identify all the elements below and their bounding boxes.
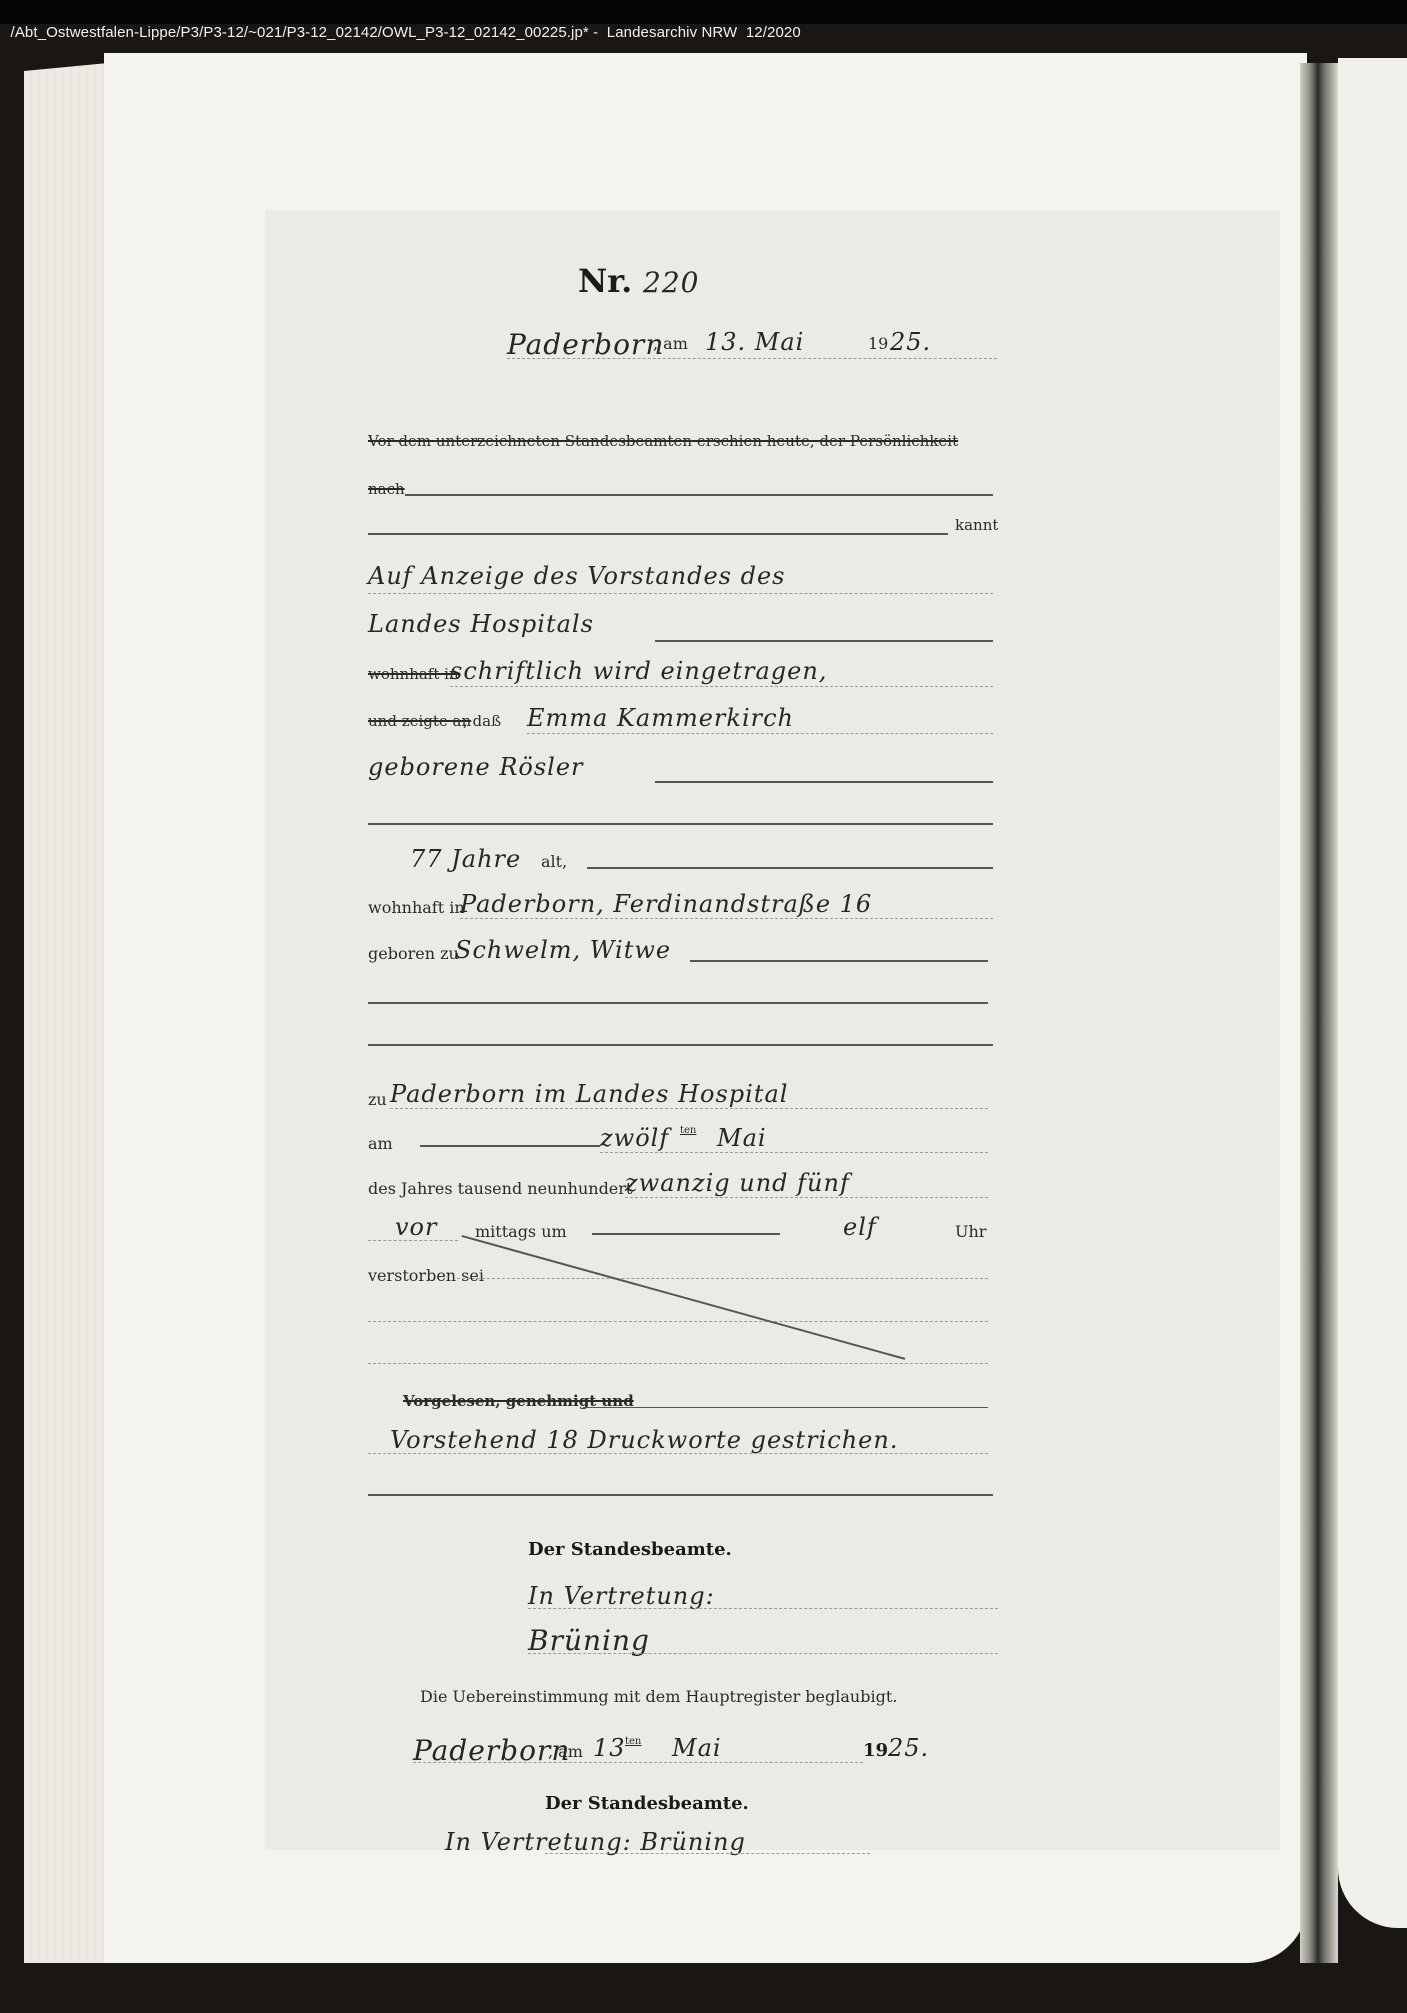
dotted-line bbox=[600, 1152, 988, 1153]
deceased-maiden-name: geborene Rösler bbox=[368, 753, 584, 781]
dotted-line bbox=[413, 1762, 863, 1763]
dotted-line bbox=[527, 733, 993, 734]
year-handwritten: 25. bbox=[890, 328, 931, 356]
informant-line-2: Landes Hospitals bbox=[368, 610, 594, 638]
dotted-line bbox=[460, 918, 993, 919]
form-rule bbox=[655, 640, 993, 642]
age-label: alt, bbox=[541, 852, 567, 871]
form-rule bbox=[368, 1494, 993, 1496]
dotted-line bbox=[368, 1240, 458, 1241]
dotted-line bbox=[368, 1453, 988, 1454]
cert-signature: In Vertretung: Brüning bbox=[445, 1828, 746, 1856]
form-rule bbox=[368, 823, 993, 825]
form-rule bbox=[405, 494, 993, 496]
record-number: 220 bbox=[643, 266, 699, 299]
deceased-birthplace: Schwelm, Witwe bbox=[455, 936, 671, 964]
cert-day: 13 bbox=[593, 1734, 626, 1762]
dotted-line bbox=[528, 1608, 998, 1609]
nach-struck-text: nach bbox=[368, 480, 405, 498]
zeigte-an-struck: und zeigte an bbox=[368, 712, 471, 730]
record-date: 13. Mai bbox=[705, 328, 804, 356]
dass-label: , daß bbox=[463, 712, 501, 730]
dotted-line bbox=[507, 358, 997, 359]
informant-residence: schriftlich wird eingetragen, bbox=[450, 657, 827, 685]
record-number-label: Nr. bbox=[578, 262, 632, 300]
dotted-line bbox=[625, 1197, 988, 1198]
book-gutter bbox=[1300, 63, 1338, 1963]
register-form: Nr. 220 Paderborn , am 13. Mai 19 25. Vo… bbox=[265, 210, 1280, 1850]
dotted-line bbox=[457, 1278, 988, 1279]
deceased-age: 77 Jahre bbox=[410, 845, 521, 873]
informant-line-1: Auf Anzeige des Vorstandes des bbox=[368, 562, 786, 590]
intro-struck-text: Vor dem unterzeichneten Standesbeamten e… bbox=[368, 432, 958, 450]
form-rule bbox=[420, 1145, 600, 1147]
book-page-stack bbox=[24, 63, 108, 1963]
residence-label: wohnhaft in bbox=[368, 898, 465, 917]
form-rule bbox=[368, 1002, 988, 1004]
deceased-residence: Paderborn, Ferdinandstraße 16 bbox=[460, 890, 872, 918]
form-rule bbox=[583, 1407, 988, 1408]
dotted-line bbox=[545, 1853, 870, 1854]
deceased-name: Emma Kammerkirch bbox=[527, 704, 794, 732]
strikeout-note: Vorstehend 18 Druckworte gestrichen. bbox=[390, 1426, 898, 1454]
cert-day-suffix: ten bbox=[625, 1736, 641, 1747]
am-label: , am bbox=[653, 334, 688, 353]
dotted-line bbox=[528, 1653, 998, 1654]
form-rule bbox=[368, 1044, 993, 1046]
death-month: Mai bbox=[717, 1124, 767, 1152]
time-prefix: vor bbox=[395, 1213, 437, 1241]
record-place: Paderborn bbox=[507, 328, 664, 361]
signature-title: Der Standesbeamte. bbox=[528, 1539, 732, 1560]
window-title: /Abt_Ostwestfalen-Lippe/P3/P3-12/~021/P3… bbox=[11, 24, 801, 41]
dotted-line bbox=[390, 1108, 988, 1109]
kannt-label: kannt bbox=[955, 516, 998, 534]
form-rule bbox=[587, 867, 993, 869]
cert-signature-title: Der Standesbeamte. bbox=[545, 1793, 749, 1814]
cert-am-label: , am bbox=[548, 1742, 583, 1761]
death-day-label: am bbox=[368, 1134, 393, 1153]
birth-label: geboren zu bbox=[368, 944, 459, 963]
dotted-line bbox=[368, 1363, 988, 1364]
form-rule bbox=[655, 781, 993, 783]
death-day: zwölf bbox=[600, 1124, 669, 1152]
wohnhaft-struck: wohnhaft in bbox=[368, 665, 459, 683]
cert-year-printed: 19 bbox=[863, 1740, 888, 1761]
certification-text: Die Uebereinstimmung mit dem Hauptregist… bbox=[420, 1687, 897, 1706]
scanned-register-entry: Nr. 220 Paderborn , am 13. Mai 19 25. Vo… bbox=[265, 210, 1280, 1850]
form-rule bbox=[690, 960, 988, 962]
window-title-bar: /Abt_Ostwestfalen-Lippe/P3/P3-12/~021/P3… bbox=[0, 0, 1407, 24]
death-time: elf bbox=[843, 1213, 877, 1241]
dotted-line bbox=[450, 686, 993, 687]
death-day-suffix: ten bbox=[680, 1125, 696, 1136]
death-place: Paderborn im Landes Hospital bbox=[390, 1080, 788, 1108]
dotted-line bbox=[368, 1321, 988, 1322]
death-year-words: zwanzig und fünf bbox=[625, 1169, 850, 1197]
form-rule bbox=[368, 533, 948, 535]
time-label: mittags um bbox=[475, 1222, 567, 1241]
form-rule bbox=[592, 1233, 780, 1235]
uhr-label: Uhr bbox=[955, 1222, 986, 1241]
death-place-label: zu bbox=[368, 1090, 387, 1109]
year-printed: 19 bbox=[868, 334, 888, 353]
signature-line-1: In Vertretung: bbox=[528, 1582, 715, 1610]
dotted-line bbox=[368, 593, 993, 594]
cert-month: Mai bbox=[672, 1734, 722, 1762]
year-label: des Jahres tausend neunhundert bbox=[368, 1179, 632, 1198]
verstorben-label: verstorben sei bbox=[368, 1266, 484, 1285]
facing-page bbox=[1338, 58, 1407, 1928]
cert-year: 25. bbox=[888, 1734, 929, 1762]
